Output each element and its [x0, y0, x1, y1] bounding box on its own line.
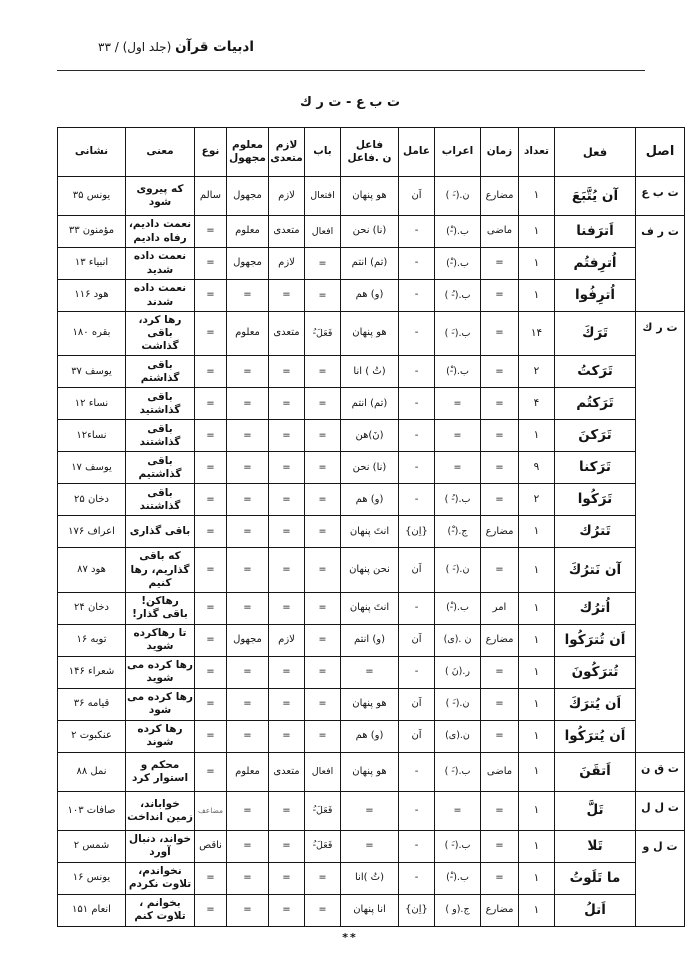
zaman-cell: امر: [481, 592, 519, 624]
mani-cell: خواند، دنبال آورد: [126, 830, 195, 862]
tedad-cell: ۱: [519, 830, 555, 862]
erab-cell: ب.(-ْ): [435, 356, 481, 388]
fael-cell: (و) انتم: [341, 624, 399, 656]
table-row: تَرَكتُ۲=ب.(-ْ)-(تُ ) انا====باقی گذاشتم…: [58, 356, 685, 388]
bab-cell: افتعال: [305, 177, 341, 216]
mani-cell: رها کرده شوند: [126, 720, 195, 752]
lazem-cell: =: [269, 830, 305, 862]
amel-cell: اَن: [399, 548, 435, 592]
bab-cell: =: [305, 688, 341, 720]
nov-cell: =: [195, 656, 227, 688]
nov-cell: =: [195, 752, 227, 791]
amel-cell: -: [399, 420, 435, 452]
fel-cell: اَن يُترَكَ: [555, 688, 636, 720]
col-header-fael: فاعل ن .فاعل: [341, 128, 399, 177]
lazem-cell: =: [269, 420, 305, 452]
fel-cell: اَتلُ: [555, 894, 636, 926]
erab-cell: =: [435, 791, 481, 830]
neshani-cell: یوسف ۱۷: [58, 452, 126, 484]
erab-cell: ب.(-ْ): [435, 216, 481, 248]
fael-cell: هو پنهان: [341, 688, 399, 720]
neshani-cell: عنکبوت ۲: [58, 720, 126, 752]
fel-cell: تُترَكُونَ: [555, 656, 636, 688]
book-title: ادبیات قرآن: [175, 39, 254, 55]
fael-cell: هو پنهان: [341, 752, 399, 791]
col-header-erab: اعراب: [435, 128, 481, 177]
lazem-cell: متعدی: [269, 752, 305, 791]
lazem-cell: =: [269, 452, 305, 484]
erab-cell: ج.(-ْ): [435, 516, 481, 548]
lazem-cell: متعدی: [269, 312, 305, 356]
amel-cell: -: [399, 592, 435, 624]
malum-cell: =: [227, 388, 269, 420]
neshani-cell: توبه ۱۶: [58, 624, 126, 656]
header-rule: [57, 70, 645, 71]
fel-cell: تَرَكتُم: [555, 388, 636, 420]
fel-cell: تَلا: [555, 830, 636, 862]
fel-cell: ما تَلَوتُ: [555, 862, 636, 894]
table-row: اُترُك۱امرب.(-ْ)-انتَ پنهان====رهاکن! با…: [58, 592, 685, 624]
zaman-cell: =: [481, 356, 519, 388]
lazem-cell: =: [269, 791, 305, 830]
nov-cell: مضاعف: [195, 791, 227, 830]
lazem-cell: متعدی: [269, 216, 305, 248]
table-row: ت ل وتَلا۱=ب.(-َ )-=فَعَلَ-ُ==ناقصخواند،…: [58, 830, 685, 862]
erab-cell: ب.(-َ ): [435, 312, 481, 356]
amel-cell: -: [399, 248, 435, 280]
table-row: ت ق ناَتقَنَ۱ماضیب.(-َ )-هو پنهانافعالمت…: [58, 752, 685, 791]
malum-cell: مجهول: [227, 624, 269, 656]
amel-cell: اَن: [399, 720, 435, 752]
erab-cell: ب.(-ْ): [435, 248, 481, 280]
amel-cell: -: [399, 862, 435, 894]
zaman-cell: =: [481, 280, 519, 312]
bab-cell: =: [305, 356, 341, 388]
lazem-cell: =: [269, 688, 305, 720]
erab-cell: ن.(-َ ): [435, 548, 481, 592]
fael-cell: (نا) نحن: [341, 216, 399, 248]
fael-cell: (تُ ) انا: [341, 356, 399, 388]
erab-cell: =: [435, 420, 481, 452]
tedad-cell: ۱: [519, 548, 555, 592]
bab-cell: =: [305, 894, 341, 926]
erab-cell: ن.(ی): [435, 720, 481, 752]
neshani-cell: صافات ۱۰۳: [58, 791, 126, 830]
fael-cell: (تُ )انا: [341, 862, 399, 894]
mani-cell: باقی گذاشتید: [126, 388, 195, 420]
bab-cell: فَعَلَ-ُ: [305, 830, 341, 862]
root-cell: ت ر ك: [636, 312, 685, 753]
malum-cell: معلوم: [227, 216, 269, 248]
table-row: آن نَترُكَ۱=ن.(-َ )اَننحن پنهان====که با…: [58, 548, 685, 592]
col-header-amel: عامل: [399, 128, 435, 177]
nov-cell: =: [195, 388, 227, 420]
fel-cell: اَن تُترَكُوا: [555, 624, 636, 656]
nov-cell: =: [195, 484, 227, 516]
amel-cell: اَن: [399, 177, 435, 216]
lazem-cell: لازم: [269, 248, 305, 280]
nov-cell: =: [195, 420, 227, 452]
zaman-cell: =: [481, 388, 519, 420]
footer-marker: **: [0, 931, 700, 944]
lazem-cell: =: [269, 484, 305, 516]
malum-cell: =: [227, 516, 269, 548]
zaman-cell: مضارع: [481, 624, 519, 656]
fael-cell: (و) هم: [341, 484, 399, 516]
bab-cell: =: [305, 862, 341, 894]
amel-cell: {اِن}: [399, 516, 435, 548]
bab-cell: =: [305, 484, 341, 516]
nov-cell: =: [195, 452, 227, 484]
neshani-cell: اعراف ۱۷۶: [58, 516, 126, 548]
zaman-cell: =: [481, 548, 519, 592]
fael-cell: (تم) انتم: [341, 388, 399, 420]
root-cell: ت ل و: [636, 830, 685, 926]
tedad-cell: ۹: [519, 452, 555, 484]
tedad-cell: ۱: [519, 592, 555, 624]
mani-cell: رها کرده می شود: [126, 688, 195, 720]
zaman-cell: مضارع: [481, 177, 519, 216]
zaman-cell: ماضی: [481, 216, 519, 248]
mani-cell: محکم و استوار کرد: [126, 752, 195, 791]
table-row: تَترُك۱مضارعج.(-ْ){اِن}انتَ پنهان====باق…: [58, 516, 685, 548]
mani-cell: خواباند، زمین انداخت: [126, 791, 195, 830]
nov-cell: =: [195, 216, 227, 248]
amel-cell: -: [399, 484, 435, 516]
fel-cell: اُترِفتُم: [555, 248, 636, 280]
zaman-cell: مضارع: [481, 516, 519, 548]
col-header-nov: نوع: [195, 128, 227, 177]
zaman-cell: =: [481, 656, 519, 688]
table-row: اُترِفتُم۱=ب.(-ْ)-(تم) انتم=لازممجهول=نع…: [58, 248, 685, 280]
lazem-cell: =: [269, 656, 305, 688]
erab-cell: ن.(-َ ): [435, 688, 481, 720]
mani-cell: باقی گذاشتند: [126, 484, 195, 516]
neshani-cell: نساء۱۲: [58, 420, 126, 452]
amel-cell: -: [399, 388, 435, 420]
fael-cell: =: [341, 656, 399, 688]
neshani-cell: یونس ۳۵: [58, 177, 126, 216]
table-row: ت ر كتَرَكَ۱۴=ب.(-َ )-هو پنهانفَعَلَ-ُمت…: [58, 312, 685, 356]
table-row: تَرَكنَ۱==-(نَ)هن====باقی گذاشتندنساء۱۲: [58, 420, 685, 452]
malum-cell: =: [227, 280, 269, 312]
fel-cell: اَتقَنَ: [555, 752, 636, 791]
table-row: تَرَكنا۹==-(نا) نحن====باقی گذاشتیمیوسف …: [58, 452, 685, 484]
running-head-rest: (جلد اول) / ۳۳: [98, 40, 175, 54]
neshani-cell: هود ۱۱۶: [58, 280, 126, 312]
tedad-cell: ۱: [519, 280, 555, 312]
malum-cell: =: [227, 830, 269, 862]
malum-cell: =: [227, 688, 269, 720]
table-row: ما تَلَوتُ۱=ب.(-ْ)-(تُ )انا====نخواندم، …: [58, 862, 685, 894]
erab-cell: ن.(-َ ): [435, 177, 481, 216]
malum-cell: =: [227, 420, 269, 452]
erab-cell: ب.(-َ ): [435, 830, 481, 862]
table-row: ت ل لتَلَّ۱==-=فَعَلَ-ُ==مضاعفخواباند، ز…: [58, 791, 685, 830]
mani-cell: که باقی گذاریم، رها کنیم: [126, 548, 195, 592]
neshani-cell: نساء ۱۲: [58, 388, 126, 420]
mani-cell: نعمت دادیم، رفاه دادیم: [126, 216, 195, 248]
nov-cell: =: [195, 592, 227, 624]
bab-cell: =: [305, 248, 341, 280]
fel-cell: تَرَكتُ: [555, 356, 636, 388]
root-cell: ت ب ع: [636, 177, 685, 216]
fael-cell: =: [341, 830, 399, 862]
erab-cell: ب.(-ُ ): [435, 280, 481, 312]
lazem-cell: =: [269, 548, 305, 592]
mani-cell: رها کرده می شوید: [126, 656, 195, 688]
nov-cell: =: [195, 280, 227, 312]
amel-cell: -: [399, 830, 435, 862]
bab-cell: =: [305, 388, 341, 420]
lazem-cell: =: [269, 388, 305, 420]
erab-cell: =: [435, 452, 481, 484]
bab-cell: فَعَلَ-ُ: [305, 312, 341, 356]
fael-cell: =: [341, 791, 399, 830]
bab-cell: =: [305, 592, 341, 624]
fel-cell: آن نَترُكَ: [555, 548, 636, 592]
lazem-cell: =: [269, 894, 305, 926]
erab-cell: =: [435, 388, 481, 420]
tedad-cell: ۴: [519, 388, 555, 420]
mani-cell: رها کرد، باقی گذاشت: [126, 312, 195, 356]
neshani-cell: قیامه ۳۶: [58, 688, 126, 720]
table-row: اَتلُ۱مضارعج.(و ){اِن}انا پنهان====بخوان…: [58, 894, 685, 926]
fel-cell: تَترُك: [555, 516, 636, 548]
nov-cell: =: [195, 862, 227, 894]
tedad-cell: ۱: [519, 894, 555, 926]
fael-cell: (نا) نحن: [341, 452, 399, 484]
tedad-cell: ۱۴: [519, 312, 555, 356]
malum-cell: =: [227, 356, 269, 388]
malum-cell: =: [227, 656, 269, 688]
fael-cell: (نَ)هن: [341, 420, 399, 452]
mani-cell: باقی گذاشتیم: [126, 452, 195, 484]
fael-cell: (تم) انتم: [341, 248, 399, 280]
tedad-cell: ۱: [519, 791, 555, 830]
zaman-cell: =: [481, 420, 519, 452]
lazem-cell: لازم: [269, 177, 305, 216]
fel-cell: تَرَكنا: [555, 452, 636, 484]
erab-cell: ب.(-ُ ): [435, 484, 481, 516]
root-cell: ت ق ن: [636, 752, 685, 791]
amel-cell: -: [399, 452, 435, 484]
tedad-cell: ۱: [519, 720, 555, 752]
malum-cell: =: [227, 592, 269, 624]
neshani-cell: مؤمنون ۳۳: [58, 216, 126, 248]
zaman-cell: =: [481, 248, 519, 280]
erab-cell: ب.(-ْ): [435, 862, 481, 894]
tedad-cell: ۱: [519, 248, 555, 280]
bab-cell: =: [305, 656, 341, 688]
bab-cell: افعال: [305, 216, 341, 248]
neshani-cell: دخان ۲۵: [58, 484, 126, 516]
malum-cell: =: [227, 484, 269, 516]
malum-cell: =: [227, 452, 269, 484]
neshani-cell: هود ۸۷: [58, 548, 126, 592]
fael-cell: هو پنهان: [341, 312, 399, 356]
fael-cell: (و) هم: [341, 280, 399, 312]
fel-cell: اَترَفنا: [555, 216, 636, 248]
malum-cell: مجهول: [227, 177, 269, 216]
fael-cell: انا پنهان: [341, 894, 399, 926]
neshani-cell: دخان ۲۴: [58, 592, 126, 624]
bab-cell: =: [305, 420, 341, 452]
amel-cell: -: [399, 791, 435, 830]
erab-cell: ن .(ی): [435, 624, 481, 656]
nov-cell: =: [195, 312, 227, 356]
bab-cell: =: [305, 516, 341, 548]
zaman-cell: مضارع: [481, 894, 519, 926]
fel-cell: تَرَكُوا: [555, 484, 636, 516]
amel-cell: -: [399, 312, 435, 356]
neshani-cell: بقره ۱۸۰: [58, 312, 126, 356]
bab-cell: =: [305, 624, 341, 656]
col-header-zaman: زمان: [481, 128, 519, 177]
fael-cell: هو پنهان: [341, 177, 399, 216]
nov-cell: =: [195, 688, 227, 720]
amel-cell: -: [399, 752, 435, 791]
lazem-cell: =: [269, 516, 305, 548]
zaman-cell: =: [481, 688, 519, 720]
nov-cell: سالم: [195, 177, 227, 216]
mani-cell: رهاکن! باقی گذار!: [126, 592, 195, 624]
erab-cell: ب.(-َ ): [435, 752, 481, 791]
col-header-mani: معنی: [126, 128, 195, 177]
neshani-cell: انبیاء ۱۳: [58, 248, 126, 280]
neshani-cell: یوسف ۳۷: [58, 356, 126, 388]
malum-cell: معلوم: [227, 752, 269, 791]
mani-cell: نعمت داده شدید: [126, 248, 195, 280]
bab-cell: =: [305, 720, 341, 752]
nov-cell: ناقص: [195, 830, 227, 862]
fel-cell: تَرَكَ: [555, 312, 636, 356]
malum-cell: مجهول: [227, 248, 269, 280]
fel-cell: تَلَّ: [555, 791, 636, 830]
tedad-cell: ۱: [519, 862, 555, 894]
fel-cell: آن يُتَّبَعَ: [555, 177, 636, 216]
section-title: ت ب ع - ت ر ك: [0, 95, 700, 110]
malum-cell: معلوم: [227, 312, 269, 356]
lazem-cell: =: [269, 356, 305, 388]
amel-cell: -: [399, 216, 435, 248]
bab-cell: =: [305, 452, 341, 484]
table-row: اَن يُترَكُوا۱=ن.(ی)اَن(و) هم====رها کرد…: [58, 720, 685, 752]
lazem-cell: لازم: [269, 624, 305, 656]
zaman-cell: =: [481, 720, 519, 752]
neshani-cell: نمل ۸۸: [58, 752, 126, 791]
erab-cell: ر.(نَ ): [435, 656, 481, 688]
mani-cell: باقی گذاری: [126, 516, 195, 548]
book-page: ادبیات قرآن (جلد اول) / ۳۳ ت ب ع - ت ر ك…: [0, 0, 700, 966]
table-row: اُترِفُوا۱=ب.(-ُ )-(و) هم====نعمت داده ش…: [58, 280, 685, 312]
table-row: تُترَكُونَ۱=ر.(نَ )-=====رها کرده می شوی…: [58, 656, 685, 688]
nov-cell: =: [195, 516, 227, 548]
tedad-cell: ۱: [519, 688, 555, 720]
fael-cell: (و) هم: [341, 720, 399, 752]
table-row: تَرَكتُم۴==-(تم) انتم====باقی گذاشتیدنسا…: [58, 388, 685, 420]
col-header-fel: فعل: [555, 128, 636, 177]
amel-cell: -: [399, 280, 435, 312]
col-header-lazem: لازم متعدی: [269, 128, 305, 177]
malum-cell: =: [227, 862, 269, 894]
bab-cell: فَعَلَ-ُ: [305, 791, 341, 830]
table-row: اَن تُترَكُوا۱مضارعن .(ی)اَن(و) انتم=لاز…: [58, 624, 685, 656]
neshani-cell: انعام ۱۵۱: [58, 894, 126, 926]
fael-cell: انتَ پنهان: [341, 592, 399, 624]
mani-cell: نخواندم، تلاوت نکردم: [126, 862, 195, 894]
tedad-cell: ۱: [519, 752, 555, 791]
col-header-neshani: نشانی: [58, 128, 126, 177]
neshani-cell: شعراء ۱۴۶: [58, 656, 126, 688]
amel-cell: اَن: [399, 688, 435, 720]
zaman-cell: =: [481, 791, 519, 830]
fael-cell: انتَ پنهان: [341, 516, 399, 548]
tedad-cell: ۱: [519, 624, 555, 656]
lazem-cell: =: [269, 862, 305, 894]
zaman-cell: =: [481, 484, 519, 516]
nov-cell: =: [195, 548, 227, 592]
mani-cell: نعمت داده شدند: [126, 280, 195, 312]
zaman-cell: =: [481, 452, 519, 484]
root-cell: ت ل ل: [636, 791, 685, 830]
amel-cell: -: [399, 356, 435, 388]
tedad-cell: ۱: [519, 420, 555, 452]
bab-cell: افعال: [305, 752, 341, 791]
root-cell: ت ر ف: [636, 216, 685, 312]
col-header-tedad: تعداد: [519, 128, 555, 177]
tedad-cell: ۲: [519, 484, 555, 516]
neshani-cell: یونس ۱۶: [58, 862, 126, 894]
tedad-cell: ۲: [519, 356, 555, 388]
amel-cell: {اِن}: [399, 894, 435, 926]
col-header-bab: باب: [305, 128, 341, 177]
tedad-cell: ۱: [519, 216, 555, 248]
col-header-asl: اصل: [636, 128, 685, 177]
lazem-cell: =: [269, 720, 305, 752]
bab-cell: =: [305, 548, 341, 592]
bab-cell: =: [305, 280, 341, 312]
table-header-row: اصلفعلتعدادزماناعرابعاملفاعل ن .فاعلبابل…: [58, 128, 685, 177]
tedad-cell: ۱: [519, 656, 555, 688]
lazem-cell: =: [269, 280, 305, 312]
malum-cell: =: [227, 894, 269, 926]
nov-cell: =: [195, 248, 227, 280]
table-row: ت ب عآن يُتَّبَعَ۱مضارعن.(-َ )اَنهو پنها…: [58, 177, 685, 216]
erab-cell: ب.(-ْ): [435, 592, 481, 624]
running-head: ادبیات قرآن (جلد اول) / ۳۳: [98, 39, 254, 55]
neshani-cell: شمس ۲: [58, 830, 126, 862]
zaman-cell: =: [481, 862, 519, 894]
fel-cell: اَن يُترَكُوا: [555, 720, 636, 752]
mani-cell: بخوانم ، تلاوت کنم: [126, 894, 195, 926]
table-row: تَرَكُوا۲=ب.(-ُ )-(و) هم====باقی گذاشتند…: [58, 484, 685, 516]
malum-cell: =: [227, 548, 269, 592]
zaman-cell: ماضی: [481, 752, 519, 791]
nov-cell: =: [195, 720, 227, 752]
amel-cell: -: [399, 656, 435, 688]
tedad-cell: ۱: [519, 177, 555, 216]
malum-cell: =: [227, 791, 269, 830]
zaman-cell: =: [481, 312, 519, 356]
malum-cell: =: [227, 720, 269, 752]
erab-cell: ج.(و ): [435, 894, 481, 926]
table-row: اَن يُترَكَ۱=ن.(-َ )اَنهو پنهان====رها ک…: [58, 688, 685, 720]
nov-cell: =: [195, 894, 227, 926]
fel-cell: تَرَكنَ: [555, 420, 636, 452]
lazem-cell: =: [269, 592, 305, 624]
zaman-cell: =: [481, 830, 519, 862]
